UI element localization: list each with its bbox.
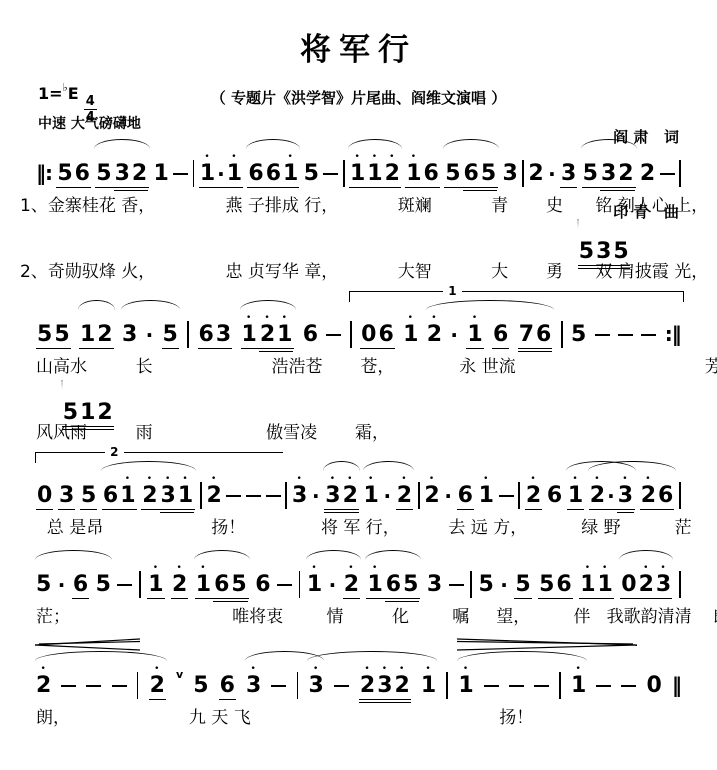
note-6: 6 (547, 475, 562, 508)
note-6: 6 (199, 314, 214, 347)
note-digit: 2 (36, 674, 51, 698)
note-3: •3 (377, 665, 392, 698)
barline (470, 564, 472, 598)
beam-group: •165 (195, 564, 249, 597)
note-digit: 6 (75, 162, 90, 186)
barline-stroke (679, 571, 681, 598)
dash-line (326, 334, 341, 336)
note-1: •1 (200, 153, 215, 186)
beam-group: 76 (518, 314, 553, 347)
note-digit: 1 (120, 484, 135, 508)
note-digit: 5 (583, 162, 598, 186)
beam-group: •1 (147, 564, 164, 597)
note-digit: 3 (377, 674, 392, 698)
note-2: •2 (142, 475, 157, 508)
beam-line (147, 598, 164, 599)
beam-line (518, 348, 553, 349)
slur-arc (240, 300, 296, 310)
note-digit: 6 (248, 162, 263, 186)
duration-dash (323, 153, 338, 175)
note-digit: 6 (386, 573, 401, 597)
beam-group: •1 (466, 314, 483, 347)
music-row: 5·65•1•2•1656•1·•2•16535·556•1•10•2•3 (36, 546, 681, 604)
dash-line (449, 584, 464, 586)
beam-line (518, 351, 553, 352)
beam-line (95, 187, 149, 188)
duration-dash (266, 475, 281, 497)
note-5: 5 (81, 475, 96, 508)
duration-dash (641, 314, 656, 336)
note-3: •3 (308, 665, 323, 698)
note-digit: 1 (80, 323, 95, 347)
note-5: 5 (571, 314, 586, 347)
dash-line (618, 334, 633, 336)
beam-line (213, 601, 248, 602)
note-digit: 2 (132, 162, 147, 186)
note-1: •1 (277, 314, 292, 347)
beam-group: 6 (492, 314, 509, 347)
note-digit: 2 (150, 674, 165, 698)
note-0: 0 (37, 475, 52, 508)
beam-line (72, 598, 89, 599)
note-5: 5 (163, 314, 178, 347)
beam-group: •2•3•1 (141, 475, 195, 508)
note-1: •1 (196, 564, 211, 597)
beam-group: 0 (36, 475, 53, 508)
note-digit: 5 (515, 573, 530, 597)
barline (679, 153, 681, 187)
note-digit: 1 (307, 573, 322, 597)
note-6: 6 (255, 564, 270, 597)
note-5: 5 (96, 153, 111, 186)
duration-dash (660, 153, 675, 175)
note-2: •2 (385, 153, 400, 186)
barline-stroke (350, 321, 352, 348)
subtitle: （ 专题片《洪学智》片尾曲、阎维文演唱 ） (36, 87, 681, 108)
note-digit: 1 (283, 162, 298, 186)
note-6: 6 (248, 153, 263, 186)
note-digit: 6 (458, 484, 473, 508)
dash-line (117, 584, 132, 586)
alternate-notes: 535 (578, 219, 630, 264)
duration-dash (271, 665, 286, 687)
augmentation-dot: · (146, 323, 154, 347)
hairpin-lines (35, 638, 140, 652)
note-digit: 0 (37, 484, 52, 508)
barline (187, 314, 189, 348)
beam-line (343, 598, 360, 599)
lyric-line: 山高水 长 浩浩苍 苍， 永 世流 芳； (36, 356, 681, 380)
note-digit: 6 (556, 573, 571, 597)
barline (518, 475, 520, 509)
note-digit: 3 (115, 162, 130, 186)
note-5: 5 (63, 392, 78, 425)
beam-group: 12 (79, 314, 114, 347)
note-3: 3 (427, 564, 442, 597)
dash-line (621, 685, 636, 687)
barline (418, 475, 420, 509)
music-row: ‖:565321•1·•166•15•1•1•2•1656532·35322 (36, 135, 681, 193)
beam-line (463, 190, 498, 191)
note-1: •1 (350, 153, 365, 186)
note-3: 3 (561, 153, 576, 186)
barline-stroke (343, 160, 345, 187)
note-digit: 2 (618, 162, 633, 186)
note-digit: 7 (519, 323, 534, 347)
note-1: •1 (307, 564, 322, 597)
note-digit: 1 (458, 674, 473, 698)
slur-arc (581, 139, 637, 149)
augmentation-dot: · (217, 162, 225, 186)
note-digit: 2 (344, 573, 359, 597)
slur-arc (121, 300, 180, 310)
note-6: 6 (266, 153, 281, 186)
duration-dash (484, 665, 499, 687)
beam-group: •2•3•2 (359, 665, 411, 698)
beam-line (589, 509, 635, 510)
volta-bracket: 1 (349, 291, 684, 302)
note-digit: 5 (231, 573, 246, 597)
beam-line (396, 509, 413, 510)
barline (298, 564, 300, 598)
dash-line (271, 685, 286, 687)
beam-group: •2 (396, 475, 413, 508)
note-digit: 1 (227, 162, 242, 186)
beam-line (259, 351, 294, 352)
beam-group: 55 (36, 314, 71, 347)
beam-line (360, 348, 395, 349)
note-5: 5 (57, 153, 72, 186)
note-digit: 5 (403, 573, 418, 597)
note-digit: 5 (57, 162, 72, 186)
beam-group: 6•1 (102, 475, 137, 508)
augmentation-dot: · (500, 573, 508, 597)
barline-stroke (137, 672, 139, 699)
beam-group: 06 (360, 314, 395, 347)
beam-line (567, 509, 584, 510)
beam-line (366, 598, 420, 599)
beam-line (560, 187, 577, 188)
beam-line (620, 598, 672, 599)
barline-stroke (297, 672, 299, 699)
note-digit: 2 (424, 484, 439, 508)
dash-line (334, 685, 349, 687)
note-digit: 0 (621, 573, 636, 597)
beam-line (525, 509, 542, 510)
note-6: 6 (303, 314, 318, 347)
note-1: •1 (178, 475, 193, 508)
note-1: •1 (479, 475, 494, 508)
barline-stroke (418, 482, 420, 509)
beam-group: •16 (405, 153, 440, 186)
barline (285, 475, 287, 509)
beam-group: 32 (114, 153, 149, 186)
slur-arc (365, 550, 421, 560)
note-1: •1 (242, 314, 257, 347)
lyric-line: 2、奇勋驭烽 火， 忠 贞写华 章， 大智 大 勇 双 肩披霞 光， (20, 261, 681, 285)
barline (343, 153, 345, 187)
beam-line (171, 598, 188, 599)
note-6: 6 (73, 564, 88, 597)
system-5: •2•2v56•3•3•2•3•2•1•1•10‖朗， 九 天 飞 扬！ (36, 635, 681, 731)
volta-bracket: 2 (35, 452, 283, 463)
beam-line (444, 187, 498, 188)
note-digit: 3 (161, 484, 176, 508)
note-digit: 6 (424, 162, 439, 186)
note-digit: 2 (641, 484, 656, 508)
note-2: •2 (206, 475, 221, 508)
dash-line (226, 495, 241, 497)
note-1: •1 (467, 314, 482, 347)
beam-line (359, 702, 411, 703)
note-3: 3 (596, 231, 611, 264)
dash-line (266, 495, 281, 497)
note-digit: 5 (54, 323, 69, 347)
barline-stroke (193, 160, 195, 187)
beam-group: 6 (219, 665, 236, 698)
note-digit: 3 (601, 162, 616, 186)
beam-group: 56 (56, 153, 91, 186)
note-6: 6 (493, 314, 508, 347)
note-5: 5 (96, 564, 111, 597)
beam-line (56, 187, 91, 188)
duration-dash (499, 475, 514, 497)
note-0: 0 (646, 665, 661, 698)
barline (679, 564, 681, 598)
beam-group: 3 (58, 475, 75, 508)
hairpin-lines (457, 638, 637, 652)
note-2: •2 (36, 665, 51, 698)
note-1: •1 (598, 564, 613, 597)
beam-line (198, 348, 233, 349)
note-3: •3 (656, 564, 671, 597)
note-2: •2 (427, 314, 442, 347)
note-5: 5 (539, 564, 554, 597)
note-6: 6 (103, 475, 118, 508)
note-1: •1 (227, 153, 242, 186)
beam-line (582, 187, 636, 188)
barline-stroke (139, 571, 141, 598)
beam-group: 5 (514, 564, 531, 597)
barline-stroke (522, 160, 524, 187)
note-digit: 5 (304, 162, 319, 186)
beam-line (405, 187, 440, 188)
note-6: 6 (214, 564, 229, 597)
note-1: •1 (283, 153, 298, 186)
note-1: •1 (406, 153, 421, 186)
dash-line (596, 685, 611, 687)
augmentation-dot: · (548, 162, 556, 186)
note-digit: 5 (539, 573, 554, 597)
beam-group: •2 (149, 665, 166, 698)
note-digit: 6 (536, 323, 551, 347)
note-1: 1 (80, 314, 95, 347)
note-digit: 2 (385, 162, 400, 186)
beam-line (324, 509, 359, 510)
note-digit: 1 (571, 674, 586, 698)
note-digit: 3 (216, 323, 231, 347)
beam-group: •3 (617, 475, 634, 508)
barline-stroke (470, 571, 472, 598)
duration-dash (618, 314, 633, 336)
note-1: •1 (580, 564, 595, 597)
note-digit: 5 (445, 162, 460, 186)
note-digit: 5 (163, 323, 178, 347)
note-6: 6 (424, 153, 439, 186)
note-2: •2 (639, 564, 654, 597)
note-5: 5 (54, 314, 69, 347)
beam-group: 3 (560, 153, 577, 186)
note-5: 5 (613, 231, 628, 264)
beam-group: 56 (538, 564, 573, 597)
note-2: 2 (640, 153, 655, 186)
note-3: 3 (216, 314, 231, 347)
note-5: 5 (36, 564, 51, 597)
music-row: •2•2v56•3•3•2•3•2•1•1•10‖ (36, 635, 681, 705)
final-barline: ‖ (672, 673, 681, 697)
beam-line (579, 598, 614, 599)
note-digit: 6 (547, 484, 562, 508)
beam-line (141, 509, 195, 510)
barline (139, 564, 141, 598)
note-digit: 5 (96, 573, 111, 597)
note-digit: 1 (598, 573, 613, 597)
note-digit: 3 (618, 484, 633, 508)
note-1: •1 (568, 475, 583, 508)
page-title: 将军行 (36, 24, 681, 69)
duration-dash (117, 564, 132, 586)
note-6: 6 (386, 564, 401, 597)
note-6: 6 (378, 314, 393, 347)
note-digit: 3 (122, 323, 137, 347)
note-2: 2 (97, 392, 112, 425)
slur-arc (94, 139, 150, 149)
note-digit: 1 (406, 162, 421, 186)
note-digit: 3 (246, 674, 261, 698)
note-digit: 5 (81, 484, 96, 508)
dash-line (277, 584, 292, 586)
note-digit: 1 (148, 573, 163, 597)
note-digit: 2 (397, 484, 412, 508)
beam-group: •2·•3 (589, 475, 635, 508)
dash-line (499, 495, 514, 497)
slur-arc (619, 550, 673, 560)
note-6: 6 (658, 475, 673, 508)
note-2: 2 (97, 314, 112, 347)
dash-line (173, 173, 188, 175)
duration-dash (449, 564, 464, 586)
note-digit: 1 (178, 484, 193, 508)
beam-group: •2•1 (259, 314, 294, 347)
alternate-notes: 512 (62, 380, 114, 425)
beam-group: 535 (578, 231, 630, 264)
lyric-line: 1、金寨桂花 香， 燕 子排成 行， 斑斓 青 史 铭 刻人心 上， (20, 195, 681, 219)
score: ‖:565321•1·•166•15•1•1•2•1656532·353221、… (36, 135, 681, 731)
note-2: •2 (590, 475, 605, 508)
note-2: •2 (150, 665, 165, 698)
note-digit: 1 (196, 573, 211, 597)
beam-line (600, 190, 635, 191)
note-digit: 2 (172, 573, 187, 597)
note-digit: 2 (526, 484, 541, 508)
note-3: •3 (292, 475, 307, 508)
beam-line (247, 187, 299, 188)
beam-group: •1•1•2 (349, 153, 401, 186)
note-digit: 2 (639, 573, 654, 597)
duration-dash (621, 665, 636, 687)
augmentation-dot: · (444, 484, 452, 508)
note-6: 6 (464, 153, 479, 186)
slur-arc (363, 461, 414, 471)
note-digit: 5 (37, 323, 52, 347)
beam-line (617, 512, 634, 513)
dash-line (534, 685, 549, 687)
beam-line (195, 598, 249, 599)
note-5: 5 (479, 564, 494, 597)
note-2: •2 (395, 665, 410, 698)
duration-dash (596, 665, 611, 687)
note-digit: 6 (493, 323, 508, 347)
dash-line (246, 495, 261, 497)
note-3: •3 (325, 475, 340, 508)
note-digit: 3 (325, 484, 340, 508)
note-1: •1 (571, 665, 586, 698)
note-digit: 3 (656, 573, 671, 597)
barline-stroke (285, 482, 287, 509)
header-meta: 1=♭E44 （ 专题片《洪学智》片尾曲、阎维文演唱 ） 阎 肃 词 印 青 曲… (36, 75, 681, 135)
duration-dash (534, 665, 549, 687)
beam-group: 66•1 (247, 153, 299, 186)
note-digit: 2 (97, 323, 112, 347)
beam-line (349, 187, 401, 188)
note-1: •1 (364, 475, 379, 508)
note-digit: 1 (580, 573, 595, 597)
dash-line (641, 334, 656, 336)
note-6: 6 (458, 475, 473, 508)
note-2: •2 (397, 475, 412, 508)
note-2: •2 (360, 665, 375, 698)
beam-line (514, 598, 531, 599)
duration-dash (509, 665, 524, 687)
note-3: 3 (502, 153, 517, 186)
beam-line (114, 190, 149, 191)
beam-group: 5 (162, 314, 179, 347)
lyric-line: 风风雨 雨 傲雪凌 霜， (36, 422, 681, 446)
beam-line (538, 598, 573, 599)
barline-stroke (679, 482, 681, 509)
beam-group: 6 (457, 475, 474, 508)
dash-line (484, 685, 499, 687)
note-digit: 3 (308, 674, 323, 698)
barline (296, 665, 298, 699)
beam-line (241, 348, 295, 349)
note-digit: 1 (242, 323, 257, 347)
crescendo-hairpin (35, 637, 140, 656)
note-1: 1 (80, 392, 95, 425)
slur-arc (61, 380, 63, 390)
note-digit: 5 (571, 323, 586, 347)
note-digit: 6 (214, 573, 229, 597)
slur-arc (246, 139, 300, 149)
beam-line (466, 348, 483, 349)
beam-group: 5 (80, 475, 97, 508)
note-3: •3 (618, 475, 633, 508)
sheet-music-page: 将军行 1=♭E44 （ 专题片《洪学智》片尾曲、阎维文演唱 ） 阎 肃 词 印… (0, 0, 717, 770)
barline (446, 665, 448, 699)
note-digit: 5 (36, 573, 51, 597)
duration-dash (86, 665, 101, 687)
note-digit: 0 (361, 323, 376, 347)
